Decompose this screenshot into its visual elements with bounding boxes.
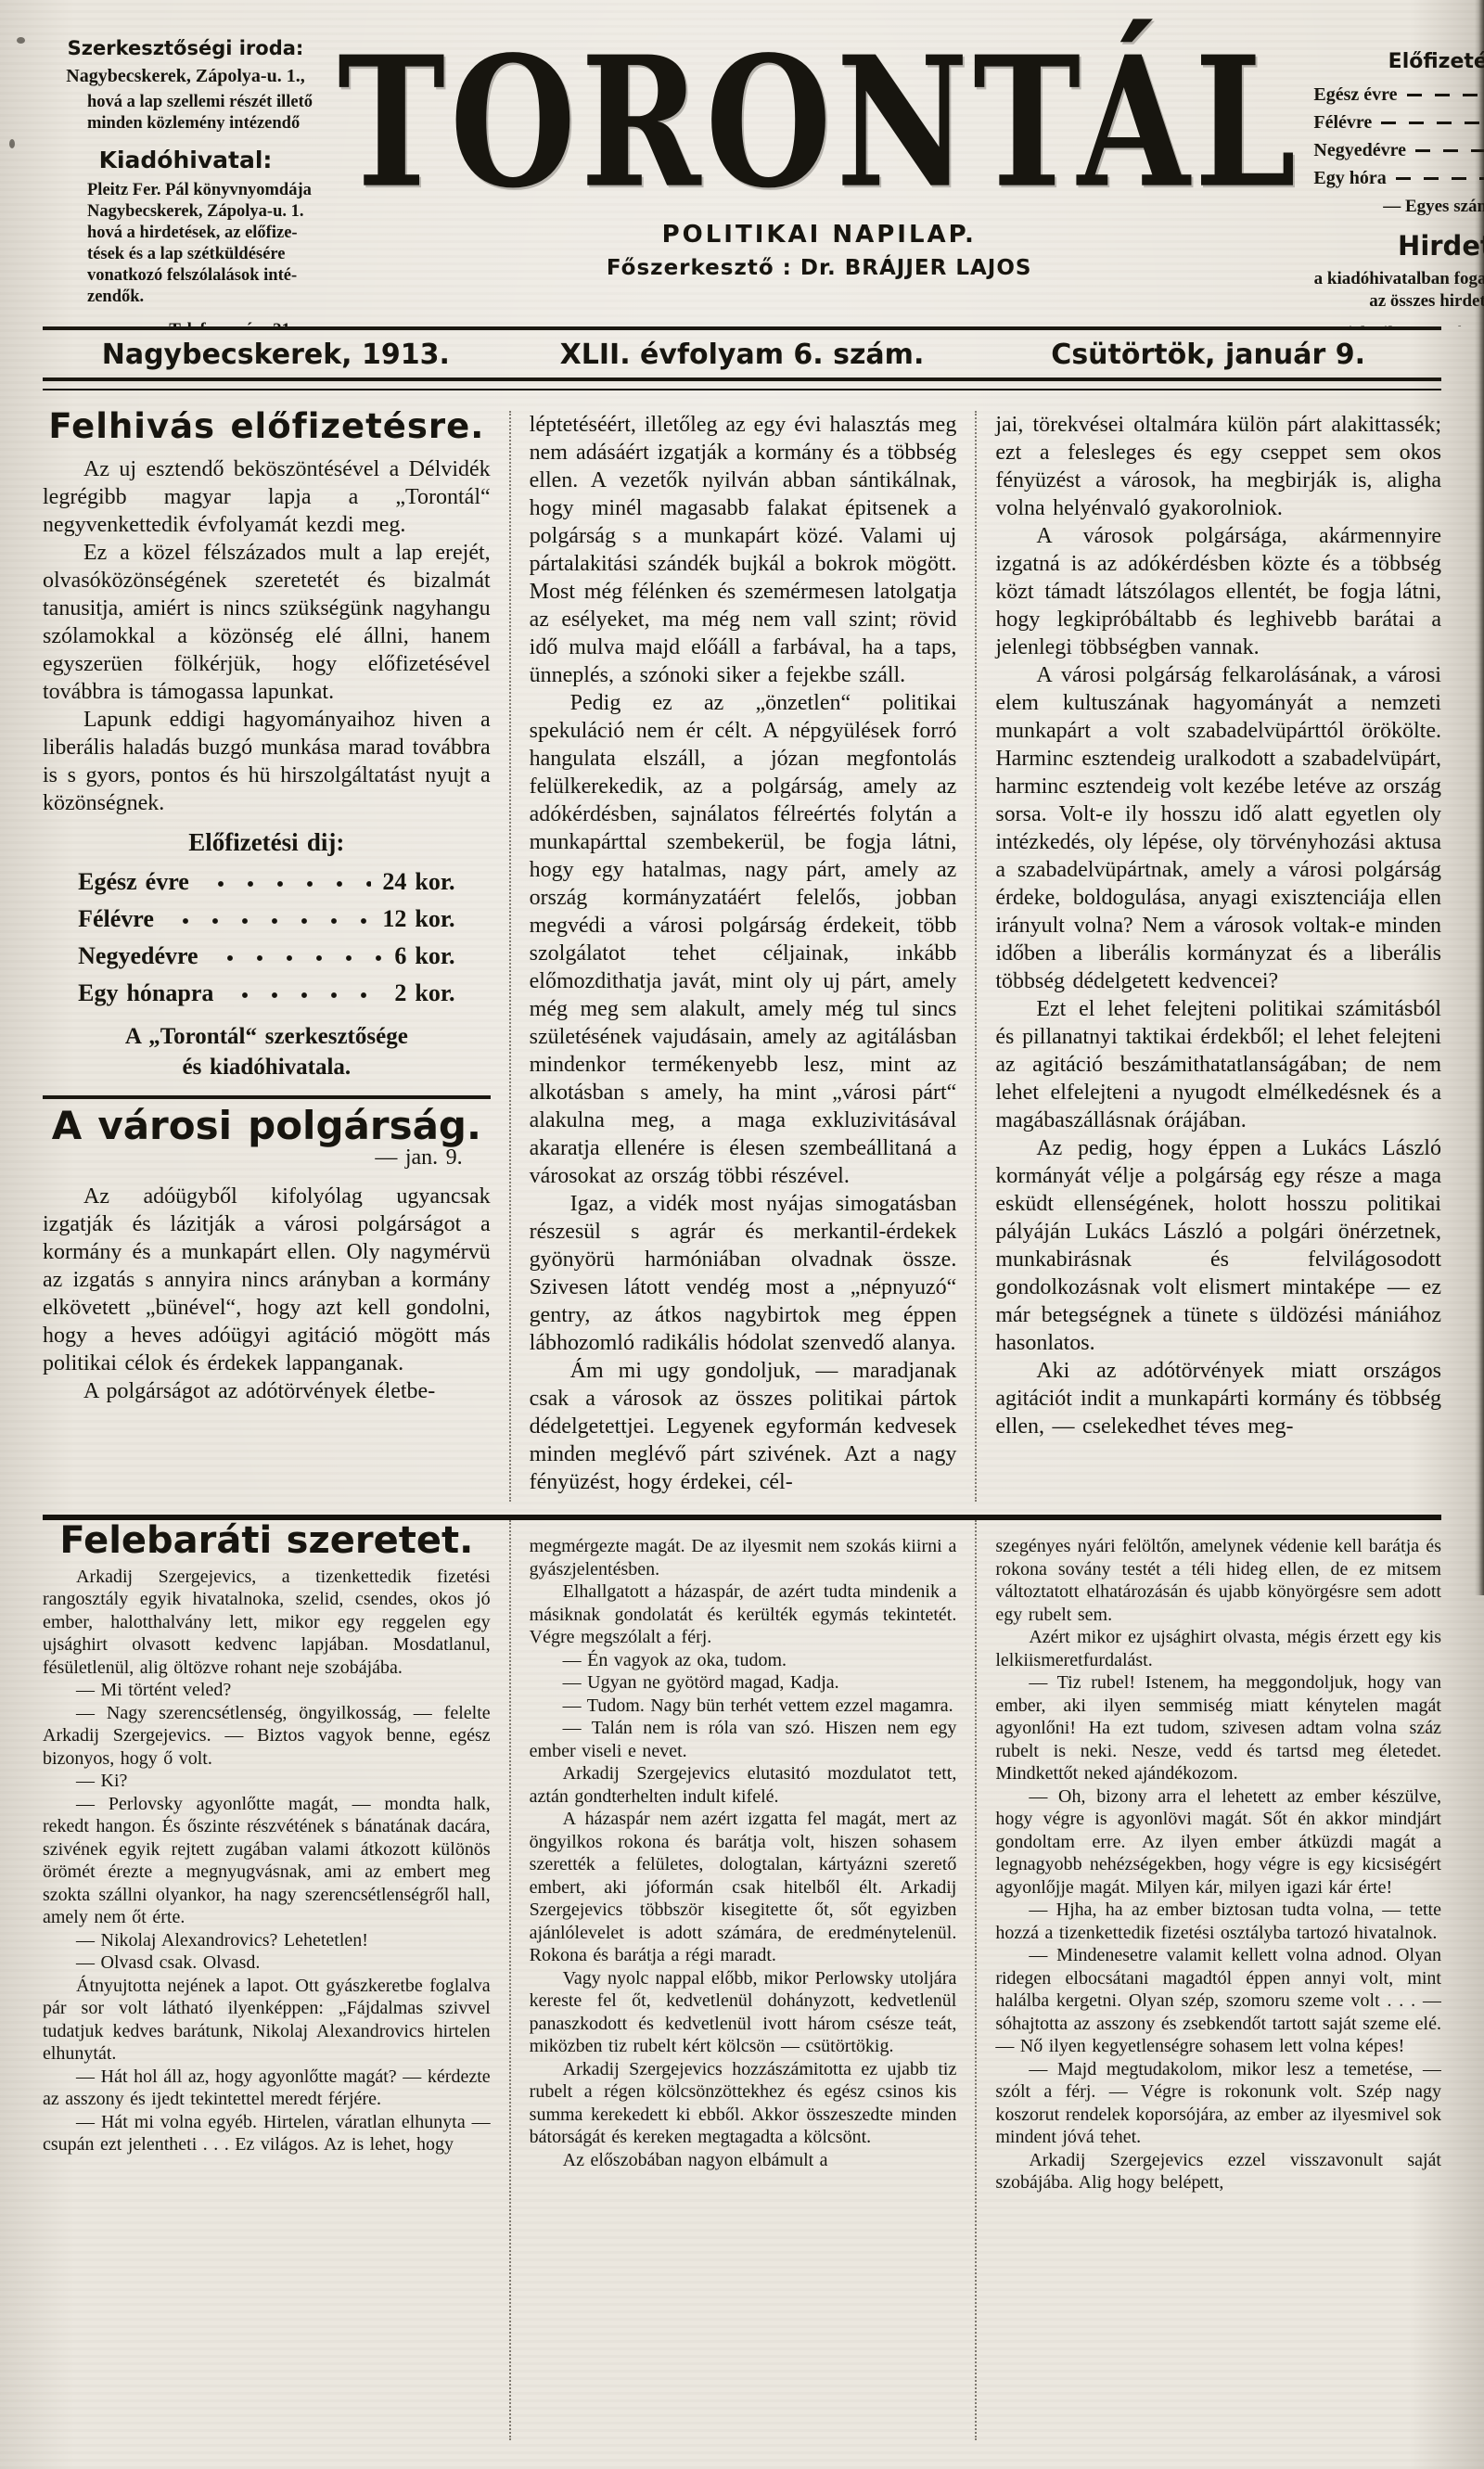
feuilleton-headline: Felebaráti szeretet. [43,1529,491,1553]
paragraph: A házaspár nem azért izgatta fel magát, … [530,1808,957,1967]
paragraph: vonatkozó felszólalások inté- [46,265,325,287]
price-row: Egész évre24 K. [1313,81,1484,109]
fee-value: 6 kor. [394,938,454,975]
paragraph: léptetéséért, illetőleg az egy évi halas… [530,411,957,689]
column-2: megmérgezte magát. De az ilyesmit nem sz… [509,1520,976,2440]
publisher-title: Kiadóhivatal: [46,147,325,173]
paragraph: Ezt el lehet felejteni politikai számitá… [995,995,1441,1134]
paragraph: — Hjha, ha az ember biztosan tudta volna… [995,1899,1441,1944]
paragraph: Aki az adótörvények miatt országos agitá… [995,1357,1441,1440]
paragraph: Ez a közel félszázados mult a lap erejét… [43,539,491,706]
dateline-place: Nagybecskerek, 1913. [43,339,509,371]
paragraph: — Nikolaj Alexandrovics? Lehetetlen! [43,1929,491,1952]
price-label: Egész évre [1313,81,1397,109]
fee-row: Egész évre24 kor. [65,864,467,901]
paragraph: Arkadij Szergejevics hozzászámitotta ez … [530,2058,957,2149]
subscription-box: Előfizetési árak: Egész évre24 K. Félévr… [1313,13,1484,326]
article-body: Az uj esztendő beköszöntésével a Délvidé… [43,455,491,817]
paragraph: — Tudom. Nagy bün terhét vettem ezzel ma… [530,1695,957,1718]
subscription-prices-title: Előfizetési árak: [1313,50,1484,73]
paragraph: — Majd megtudakolom, mikor lesz a temeté… [995,2058,1441,2149]
schedule-text: Megjelenik vasár- és ünnepnapok kivételé… [1313,324,1484,326]
phone-line: Telefon-szám 21. [46,320,325,326]
fee-label: Egész évre [78,864,189,901]
paragraph: zendők. [46,287,325,308]
paragraph: — Mindenesetre valamit kellett volna adn… [995,1944,1441,2058]
paragraph: Vagy nyolc nappal előbb, mikor Perlowsky… [530,1967,957,2058]
dot-leader [224,979,383,1007]
fee-label: Egy hónapra [78,975,213,1012]
article-headline: Felhivás előfizetésre. [43,413,491,441]
dash-leader [1415,149,1484,152]
paragraph: — Én vagyok az oka, tudom. [530,1649,957,1672]
editor-line: Főszerkesztő : Dr. BRÁJJER LAJOS [338,256,1300,280]
ads-title: Hirdetések [1313,230,1484,262]
article-signoff: A „Torontál“ szerkesztőségeés kiadóhivat… [43,1021,491,1082]
paragraph: tések és a lap szétküldésére [46,244,325,265]
fee-table-title: Előfizetési dij: [65,828,467,856]
article-body: Az adóügyből kifolyólag ugyancsak izgatj… [43,1183,491,1405]
dateline-date: Csütörtök, január 9. [975,339,1441,371]
paragraph: Arkadij Szergejevics elutasitó mozdulato… [530,1762,957,1808]
paragraph: A városi polgárság felkarolásának, a vár… [995,661,1441,995]
article-headline: A városi polgárság. [43,1112,491,1140]
paragraph: — Ki? [43,1770,491,1793]
dot-leader [210,942,384,970]
publisher-info: Pleitz Fer. Pál könyvnyomdájaNagybecsker… [46,180,325,308]
editorial-office-note: hová a lap szellemi részét illetőminden … [46,92,325,134]
paragraph: Az pedig, hogy éppen a Lukács László kor… [995,1134,1441,1357]
dash-leader [1407,94,1484,96]
paragraph: minden közlemény intézendő [46,113,325,134]
column-1: Felhivás előfizetésre. Az uj esztendő be… [43,411,509,1502]
paragraph: — Oh, bizony arra el lehetett az ember k… [995,1785,1441,1900]
paragraph: Az adóügyből kifolyólag ugyancsak izgatj… [43,1183,491,1377]
paragraph: Pedig ez az „önzetlen“ politikai spekulá… [530,689,957,1190]
bottom-section: Felebaráti szeretet. Arkadij Szergejevic… [43,1520,1441,2440]
subscription-fee-table: Előfizetési dij: Egész évre24 kor. Félév… [65,828,467,1012]
paragraph: Átnyujtotta nejének a lapot. Ott gyászke… [43,1975,491,2066]
single-copy-price: — Egyes szám ára 3 fillér. [1313,197,1484,217]
paragraph: — Olvasd csak. Olvasd. [43,1951,491,1975]
fee-row: Negyedévre6 kor. [65,938,467,975]
editorial-office-title: Szerkesztőségi iroda: [46,37,325,59]
newspaper-page: Szerkesztőségi iroda: Nagybecskerek, Záp… [0,0,1484,2469]
paragraph: A városok polgársága, akármennyire izgat… [995,522,1441,661]
dash-leader [1396,177,1484,180]
fee-value: 24 kor. [382,864,454,901]
paragraph: hová a lap szellemi részét illető [46,92,325,113]
editorial-office-address: Nagybecskerek, Zápolya-u. 1., [46,66,325,87]
phone-number: Telefon-szám 21. [169,320,294,326]
dateline-volume: XLII. évfolyam 6. szám. [509,339,976,371]
paragraph: A polgárságot az adótörvények életbe- [43,1377,491,1405]
paragraph: Igaz, a vidék most nyájas simogatásban r… [530,1190,957,1357]
paragraph: Arkadij Szergejevics, a tizenkettedik fi… [43,1566,491,1680]
paragraph: A „Torontál“ szerkesztősége [43,1021,491,1052]
fee-value: 2 kor. [394,975,454,1012]
paragraph: Ám mi ugy gondoljuk, — maradjanak csak a… [530,1357,957,1496]
dateline-band: Nagybecskerek, 1913. XLII. évfolyam 6. s… [0,330,1484,377]
paragraph: — Ugyan ne gyötörd magad, Kadja. [530,1671,957,1695]
article-subscription-call: Felhivás előfizetésre. Az uj esztendő be… [43,413,491,1082]
page-body: Felhivás előfizetésre. Az uj esztendő be… [0,390,1484,2440]
paragraph: Nagybecskerek, Zápolya-u. 1. [46,201,325,223]
paragraph: — Nagy szerencsétlenség, öngyilkosság, —… [43,1702,491,1771]
scan-speck [17,37,25,44]
feuilleton-body: Arkadij Szergejevics, a tizenkettedik fi… [43,1566,491,2156]
article-separator-rule [43,1095,491,1099]
fee-label: Félévre [78,901,154,938]
masthead-center: TORONTÁL POLITIKAI NAPILAP. Főszerkesztő… [338,13,1300,326]
scan-edge-artifact [1475,0,1484,1595]
paragraph: jai, törekvései oltalmára külön párt ala… [995,411,1441,522]
fee-row: Félévre12 kor. [65,901,467,938]
paragraph: Pleitz Fer. Pál könyvnyomdája [46,180,325,201]
price-row: Egy hóra2 K. [1313,164,1484,192]
paragraph: — Talán nem is róla van szó. Hiszen nem … [530,1717,957,1762]
article-city-citizenry: A városi polgárság. — jan. 9. Az adóügyb… [43,1112,491,1405]
fee-label: Negyedévre [78,938,198,975]
newspaper-title: TORONTÁL [338,33,1300,212]
column-3: jai, törekvései oltalmára külön párt ala… [975,411,1441,1502]
dot-leader [165,905,371,933]
top-section: Felhivás előfizetésre. Az uj esztendő be… [43,411,1441,1502]
paragraph: Lapunk eddigi hagyományaihoz hiven a lib… [43,706,491,817]
paragraph: — Perlovsky agyonlőtte magát, — mondta h… [43,1793,491,1929]
column-1: Felebaráti szeretet. Arkadij Szergejevic… [43,1520,509,2440]
paragraph: hová a hirdetések, az előfize- [46,223,325,244]
column-2: léptetéséért, illetőleg az egy évi halas… [509,411,976,1502]
fee-value: 12 kor. [382,901,454,938]
paragraph: Az előszobában nagyon elbámult a [530,2149,957,2172]
paragraph: Elhallgatott a házaspár, de azért tudta … [530,1580,957,1649]
paragraph: — Hát hol áll az, hogy agyonlőtte magát?… [43,2066,491,2111]
publication-schedule: Megjelenik vasár- és ünnepnapok kivételé… [1313,323,1484,326]
dot-leader [200,868,372,896]
masthead: Szerkesztőségi iroda: Nagybecskerek, Záp… [0,0,1484,326]
dash-leader [1381,122,1484,124]
paragraph: szegényes nyári felöltőn, amelynek véden… [995,1535,1441,1626]
paragraph: Az uj esztendő beköszöntésével a Délvidé… [43,455,491,539]
ads-text: a kiadóhivatalban fogadtatnak el. Azonki… [1313,268,1484,313]
price-row: Negyedévre6 K. [1313,136,1484,164]
price-label: Negyedévre [1313,136,1406,164]
paragraph: megmérgezte magát. De az ilyesmit nem sz… [530,1535,957,1580]
editorial-office-box: Szerkesztőségi iroda: Nagybecskerek, Záp… [46,13,325,326]
paragraph: Arkadij Szergejevics ezzel visszavonult … [995,2149,1441,2194]
paragraph: Azért mikor ez ujsághirt olvasta, mégis … [995,1626,1441,1671]
fee-row: Egy hónapra2 kor. [65,975,467,1012]
paragraph: és kiadóhivatala. [43,1052,491,1082]
paragraph: — Tiz rubel! Istenem, ha meggondoljuk, h… [995,1671,1441,1785]
column-3: szegényes nyári felöltőn, amelynek véden… [975,1520,1441,2440]
paragraph: — Hát mi volna egyéb. Hirtelen, váratlan… [43,2111,491,2156]
paragraph: — Mi történt veled? [43,1679,491,1702]
price-row: Félévre12 K. [1313,109,1484,136]
double-rule [43,377,1441,390]
price-label: Egy hóra [1313,164,1386,192]
scan-speck [9,139,15,148]
price-label: Félévre [1313,109,1372,136]
